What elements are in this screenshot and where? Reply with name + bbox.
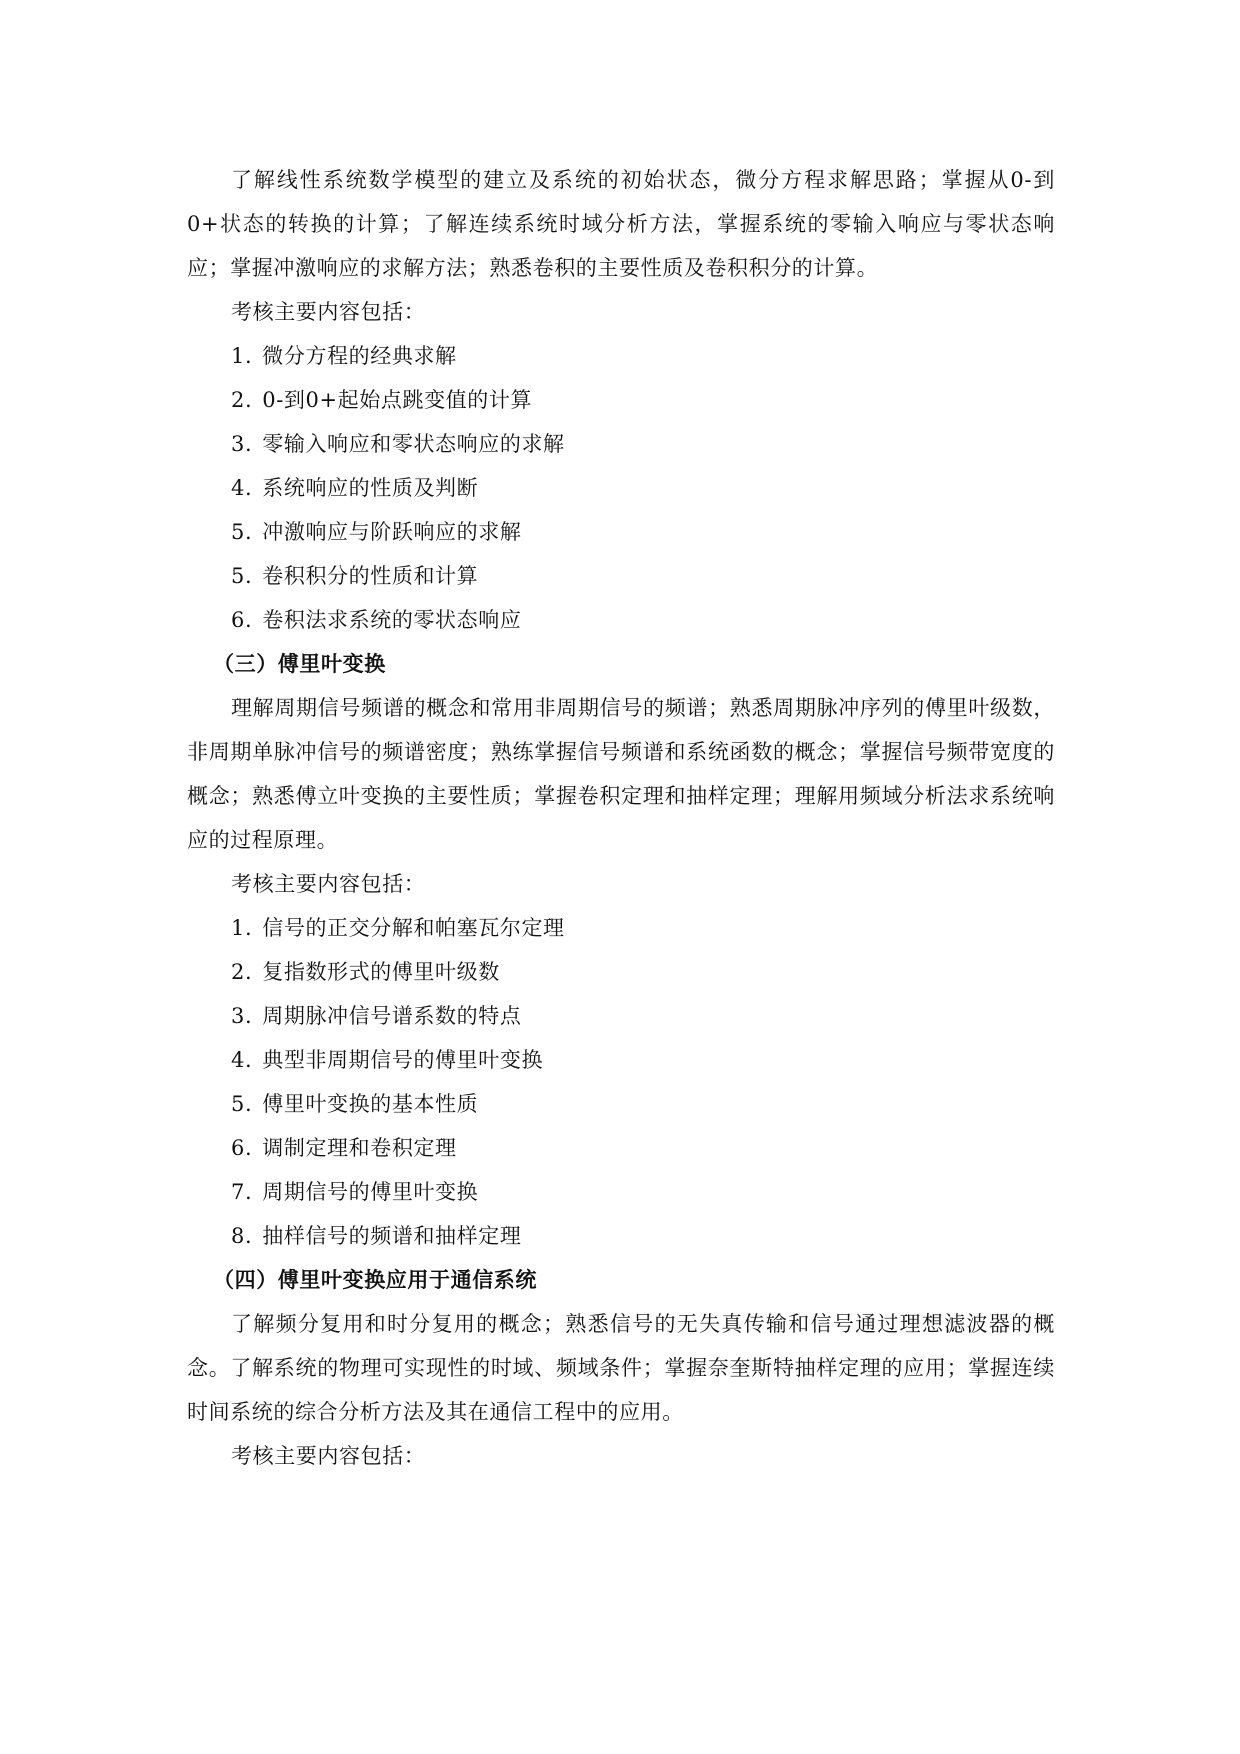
list-item-text: 复指数形式的傅里叶级数 [262, 960, 500, 984]
list-item-number: 1. [231, 906, 252, 950]
section2-list-item: 3.零输入响应和零状态响应的求解 [187, 422, 1055, 466]
list-item-text: 抽样信号的频谱和抽样定理 [262, 1224, 521, 1248]
section3-heading: （三）傅里叶变换 [187, 642, 1055, 686]
list-item-number: 6. [231, 1126, 252, 1170]
list-item-number: 4. [231, 466, 252, 510]
section3-list-item: 1.信号的正交分解和帕塞瓦尔定理 [187, 906, 1055, 950]
document-page: 了解线性系统数学模型的建立及系统的初始状态，微分方程求解思路；掌握从0-到0+状… [187, 158, 1055, 1478]
section3-list-item: 2.复指数形式的傅里叶级数 [187, 950, 1055, 994]
section4-intro-paragraph: 了解频分复用和时分复用的概念；熟悉信号的无失真传输和信号通过理想滤波器的概念。了… [187, 1302, 1055, 1434]
list-item-text: 卷积积分的性质和计算 [262, 564, 478, 588]
list-item-number: 3. [231, 994, 252, 1038]
section3-list-item: 8.抽样信号的频谱和抽样定理 [187, 1214, 1055, 1258]
list-item-number: 8. [231, 1214, 252, 1258]
section2-list-item: 2.0-到0+起始点跳变值的计算 [187, 378, 1055, 422]
section2-intro-paragraph: 了解线性系统数学模型的建立及系统的初始状态，微分方程求解思路；掌握从0-到0+状… [187, 158, 1055, 290]
list-item-number: 6. [231, 598, 252, 642]
section2-list-item: 4.系统响应的性质及判断 [187, 466, 1055, 510]
section3-list-item: 4.典型非周期信号的傅里叶变换 [187, 1038, 1055, 1082]
section2-list-item: 6.卷积法求系统的零状态响应 [187, 598, 1055, 642]
list-item-number: 1. [231, 334, 252, 378]
section2-list-item: 5.卷积积分的性质和计算 [187, 554, 1055, 598]
section3-list-item: 3.周期脉冲信号谱系数的特点 [187, 994, 1055, 1038]
list-item-number: 2. [231, 378, 252, 422]
section3-list-item: 6.调制定理和卷积定理 [187, 1126, 1055, 1170]
list-item-text: 零输入响应和零状态响应的求解 [262, 432, 564, 456]
list-item-number: 4. [231, 1038, 252, 1082]
list-item-text: 典型非周期信号的傅里叶变换 [262, 1048, 543, 1072]
list-item-number: 5. [231, 510, 252, 554]
list-item-text: 0-到0+起始点跳变值的计算 [262, 388, 532, 412]
list-item-text: 冲激响应与阶跃响应的求解 [262, 520, 521, 544]
list-item-number: 5. [231, 1082, 252, 1126]
list-item-text: 系统响应的性质及判断 [262, 476, 478, 500]
list-item-text: 调制定理和卷积定理 [262, 1136, 456, 1160]
list-item-text: 信号的正交分解和帕塞瓦尔定理 [262, 916, 564, 940]
list-item-number: 2. [231, 950, 252, 994]
section4-heading: （四）傅里叶变换应用于通信系统 [187, 1258, 1055, 1302]
section3-intro-paragraph: 理解周期信号频谱的概念和常用非周期信号的频谱；熟悉周期脉冲序列的傅里叶级数，非周… [187, 686, 1055, 862]
list-item-text: 傅里叶变换的基本性质 [262, 1092, 478, 1116]
section3-assessment-label: 考核主要内容包括： [187, 862, 1055, 906]
section2-list-item: 5.冲激响应与阶跃响应的求解 [187, 510, 1055, 554]
section2-list-item: 1.微分方程的经典求解 [187, 334, 1055, 378]
section4-assessment-label: 考核主要内容包括： [187, 1434, 1055, 1478]
list-item-text: 周期脉冲信号谱系数的特点 [262, 1004, 521, 1028]
list-item-text: 周期信号的傅里叶变换 [262, 1180, 478, 1204]
section2-assessment-label: 考核主要内容包括： [187, 290, 1055, 334]
section3-list-item: 7.周期信号的傅里叶变换 [187, 1170, 1055, 1214]
list-item-text: 卷积法求系统的零状态响应 [262, 608, 521, 632]
list-item-number: 7. [231, 1170, 252, 1214]
list-item-text: 微分方程的经典求解 [262, 344, 456, 368]
list-item-number: 3. [231, 422, 252, 466]
list-item-number: 5. [231, 554, 252, 598]
section3-list-item: 5.傅里叶变换的基本性质 [187, 1082, 1055, 1126]
